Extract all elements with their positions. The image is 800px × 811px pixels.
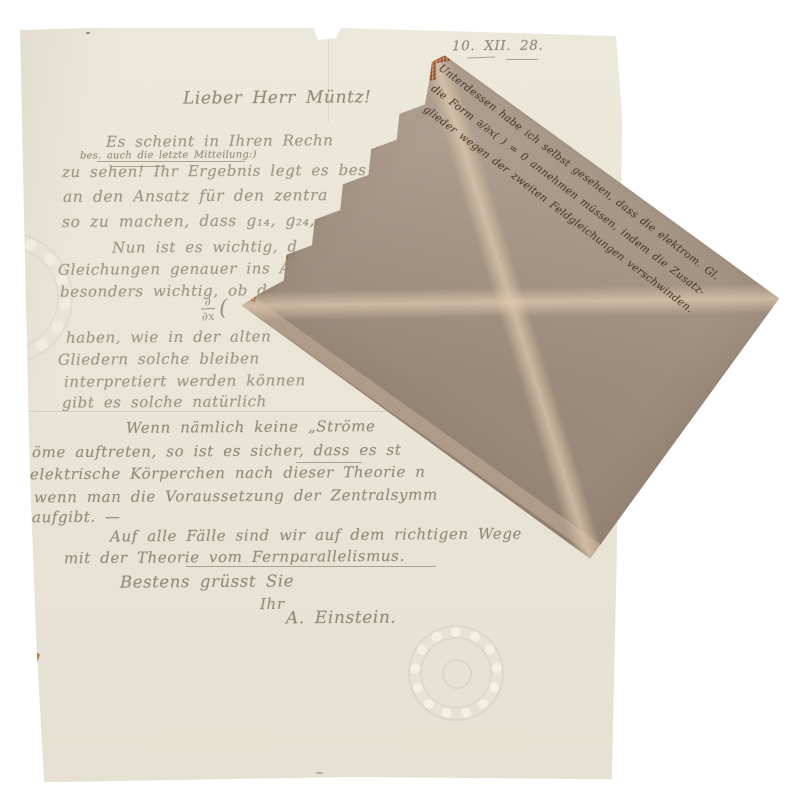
- letter-line: Wenn nämlich keine „Ströme: [126, 417, 376, 437]
- letter-line: wenn man die Voraussetzung der Zentralsy…: [34, 486, 438, 507]
- paper-speck: [316, 772, 323, 774]
- letter-line: Gleichungen genauer ins A: [58, 259, 291, 279]
- salutation: Lieber Herr Müntz!: [183, 87, 372, 108]
- underline-fernparallelismus: [186, 566, 436, 567]
- fraction-numerator: ∂: [204, 295, 211, 307]
- letter-line: mit der Theorie vom Fernparallelismus.: [64, 547, 405, 567]
- letter-line: aufgibt. —: [32, 508, 121, 527]
- letter-line: besonders wichtig, ob das: [60, 281, 285, 301]
- closing: Bestens grüsst Sie: [120, 571, 294, 591]
- letter-line-inserted: bes. auch die letzte Mitteilung:): [80, 149, 257, 161]
- pre-signature: Ihr: [260, 595, 285, 613]
- letter-line: haben, wie in der alten: [66, 327, 271, 346]
- tape-stain: [25, 651, 40, 675]
- paper-speck: [86, 32, 90, 34]
- letter-line: zu sehen! Ihr Ergebnis legt es bes: [62, 161, 367, 181]
- overline-theorie: [296, 462, 362, 463]
- vertical-fold-crease: [328, 28, 330, 122]
- letter-line: gibt es solche natürlich: [62, 392, 267, 411]
- letter-photograph: 10. XII. 28. Lieber Herr Müntz! Es schei…: [0, 0, 800, 811]
- fraction: ∂ ∂x: [201, 295, 216, 322]
- letter-line: Gliedern solche bleiben: [58, 349, 260, 368]
- letter-line: Es scheint in Ihren Rechn: [106, 131, 334, 151]
- letter-line: öme auftreten, so ist es sicher, dass es…: [32, 441, 402, 462]
- letter-line: so zu machen, dass g₁₄, g₂₄, g₃₄: [62, 211, 349, 231]
- letter-line: interpretiert werden können: [64, 371, 306, 391]
- underline-date: [506, 59, 538, 60]
- date: 10. XII. 28.: [452, 38, 543, 55]
- parenthesis: (: [219, 296, 228, 321]
- letter-line: an den Ansatz für den zentra: [63, 186, 328, 206]
- letter-line: Auf alle Fälle sind wir auf dem richtige…: [110, 525, 522, 546]
- embossed-seal-watermark-bottom: [410, 627, 502, 719]
- letter-line: Nun ist es wichtig, d: [112, 237, 298, 256]
- signature: A. Einstein.: [286, 608, 397, 629]
- letter-line: elektrische Körperchen nach dieser Theor…: [30, 463, 426, 484]
- fraction-denominator: ∂x: [202, 310, 215, 322]
- derivative-formula: ∂ ∂x (: [201, 295, 229, 323]
